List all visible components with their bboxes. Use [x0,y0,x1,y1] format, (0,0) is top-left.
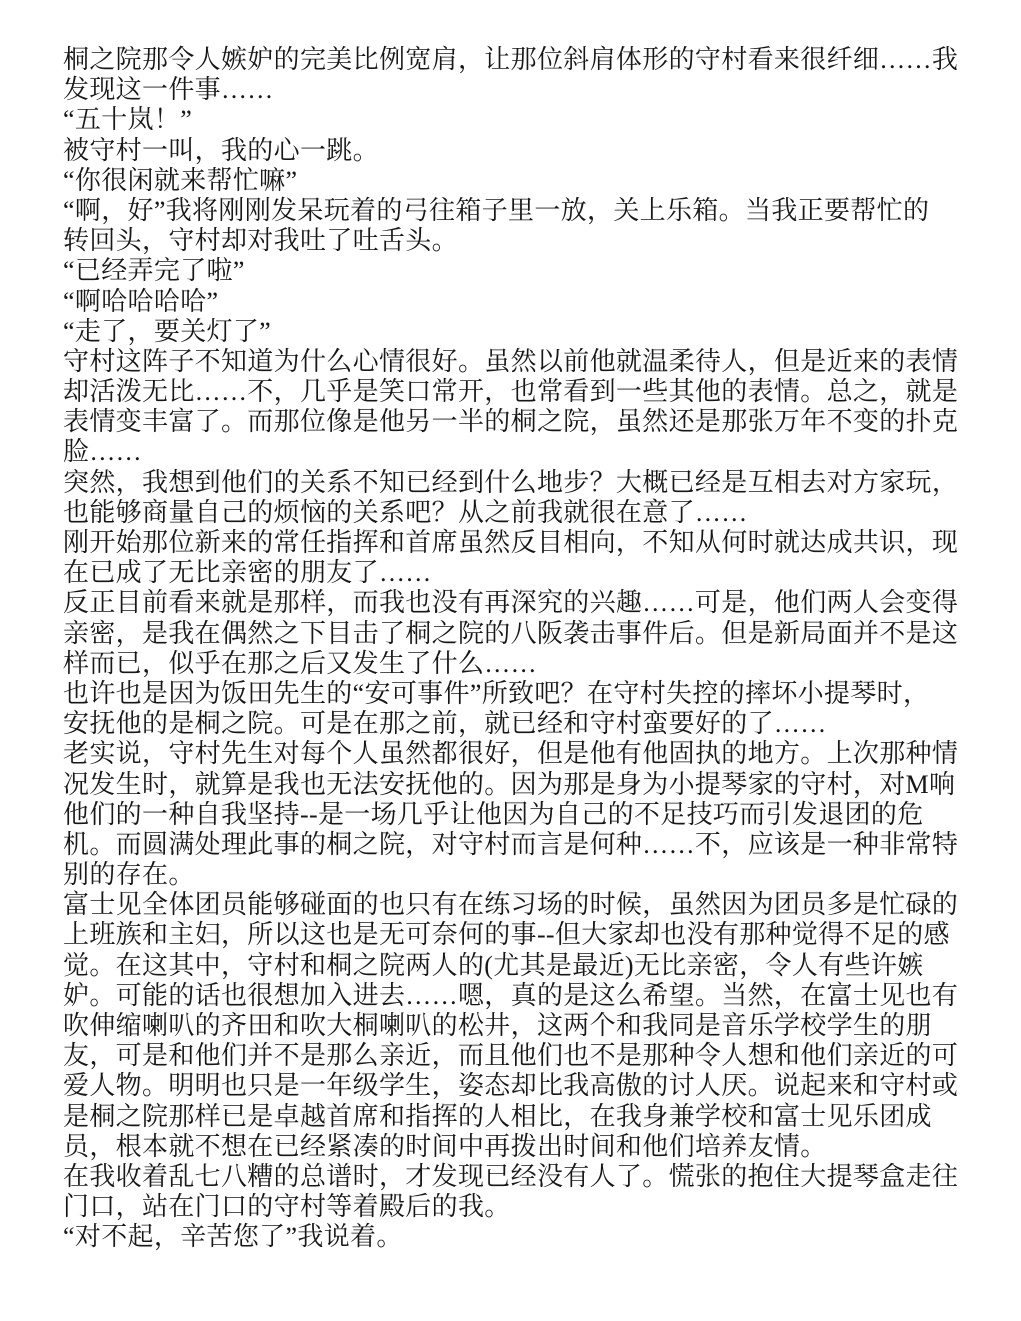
text-line: 妒。可能的话也很想加入进去……嗯，真的是这么希望。当然，在富士见也有 [63,981,965,1011]
text-line: 也能够商量自己的烦恼的关系吧？从之前我就很在意了…… [63,498,965,528]
text-line: 守村这阵子不知道为什么心情很好。虽然以前他就温柔待人，但是近来的表情 [63,347,965,377]
text-line: “啊哈哈哈哈” [63,287,965,317]
text-line: 别的存在。 [63,860,965,890]
text-line: 发现这一件事…… [63,75,965,105]
novel-page: 桐之院那令人嫉妒的完美比例宽肩，让那位斜肩体形的守村看来很纤细……我发现这一件事… [0,0,1021,1321]
text-line: 富士见全体团员能够碰面的也只有在练习场的时候，虽然因为团员多是忙碌的 [63,890,965,920]
text-line: 突然，我想到他们的关系不知已经到什么地步？大概已经是互相去对方家玩， [63,468,965,498]
text-line: 友，可是和他们并不是那么亲近，而且他们也不是那种令人想和他们亲近的可 [63,1041,965,1071]
text-line: “已经弄完了啦” [63,256,965,286]
text-line: 也许也是因为饭田先生的“安可事件”所致吧？在守村失控的摔坏小提琴时， [63,679,965,709]
text-line: 反正目前看来就是那样，而我也没有再深究的兴趣……可是，他们两人会变得 [63,588,965,618]
text-line: 门口，站在门口的守村等着殿后的我。 [63,1192,965,1222]
text-line: “对不起，辛苦您了”我说着。 [63,1222,965,1252]
text-line: 他们的一种自我坚持--是一场几乎让他因为自己的不足技巧而引发退团的危 [63,800,965,830]
text-line: 员，根本就不想在已经紧凑的时间中再拨出时间和他们培养友情。 [63,1132,965,1162]
text-line: 安抚他的是桐之院。可是在那之前，就已经和守村蛮要好的了…… [63,709,965,739]
text-line: 样而已，似乎在那之后又发生了什么…… [63,649,965,679]
text-line: 在我收着乱七八糟的总谱时，才发现已经没有人了。慌张的抱住大提琴盒走往 [63,1162,965,1192]
text-line: 吹伸缩喇叭的齐田和吹大桐喇叭的松井，这两个和我同是音乐学校学生的朋 [63,1011,965,1041]
text-line: 爱人物。明明也只是一年级学生，姿态却比我高傲的讨人厌。说起来和守村或 [63,1071,965,1101]
text-line: 老实说，守村先生对每个人虽然都很好，但是他有他固执的地方。上次那种情 [63,739,965,769]
text-line: 被守村一叫，我的心一跳。 [63,136,965,166]
text-line: 刚开始那位新来的常任指挥和首席虽然反目相向，不知从何时就达成共识，现 [63,528,965,558]
text-line: 转回头，守村却对我吐了吐舌头。 [63,226,965,256]
text-line: “你很闲就来帮忙嘛” [63,166,965,196]
text-line: “啊，好”我将刚刚发呆玩着的弓往箱子里一放，关上乐箱。当我正要帮忙的 [63,196,965,226]
text-block: 桐之院那令人嫉妒的完美比例宽肩，让那位斜肩体形的守村看来很纤细……我发现这一件事… [63,45,965,1253]
text-line: 上班族和主妇，所以这也是无可奈何的事--但大家却也没有那种觉得不足的感 [63,920,965,950]
text-line: 况发生时，就算是我也无法安抚他的。因为那是身为小提琴家的守村，对M响 [63,770,965,800]
text-line: 是桐之院那样已是卓越首席和指挥的人相比，在我身兼学校和富士见乐团成 [63,1102,965,1132]
text-line: 表情变丰富了。而那位像是他另一半的桐之院，虽然还是那张万年不变的扑克 [63,407,965,437]
text-line: “走了，要关灯了” [63,317,965,347]
text-line: “五十岚！” [63,105,965,135]
text-line: 却活泼无比……不，几乎是笑口常开，也常看到一些其他的表情。总之，就是 [63,377,965,407]
text-line: 桐之院那令人嫉妒的完美比例宽肩，让那位斜肩体形的守村看来很纤细……我 [63,45,965,75]
text-line: 脸…… [63,437,965,467]
text-line: 在已成了无比亲密的朋友了…… [63,558,965,588]
text-line: 觉。在这其中，守村和桐之院两人的(尤其是最近)无比亲密，令人有些许嫉 [63,951,965,981]
text-line: 机。而圆满处理此事的桐之院，对守村而言是何种……不，应该是一种非常特 [63,830,965,860]
text-line: 亲密，是我在偶然之下目击了桐之院的八阪袭击事件后。但是新局面并不是这 [63,619,965,649]
